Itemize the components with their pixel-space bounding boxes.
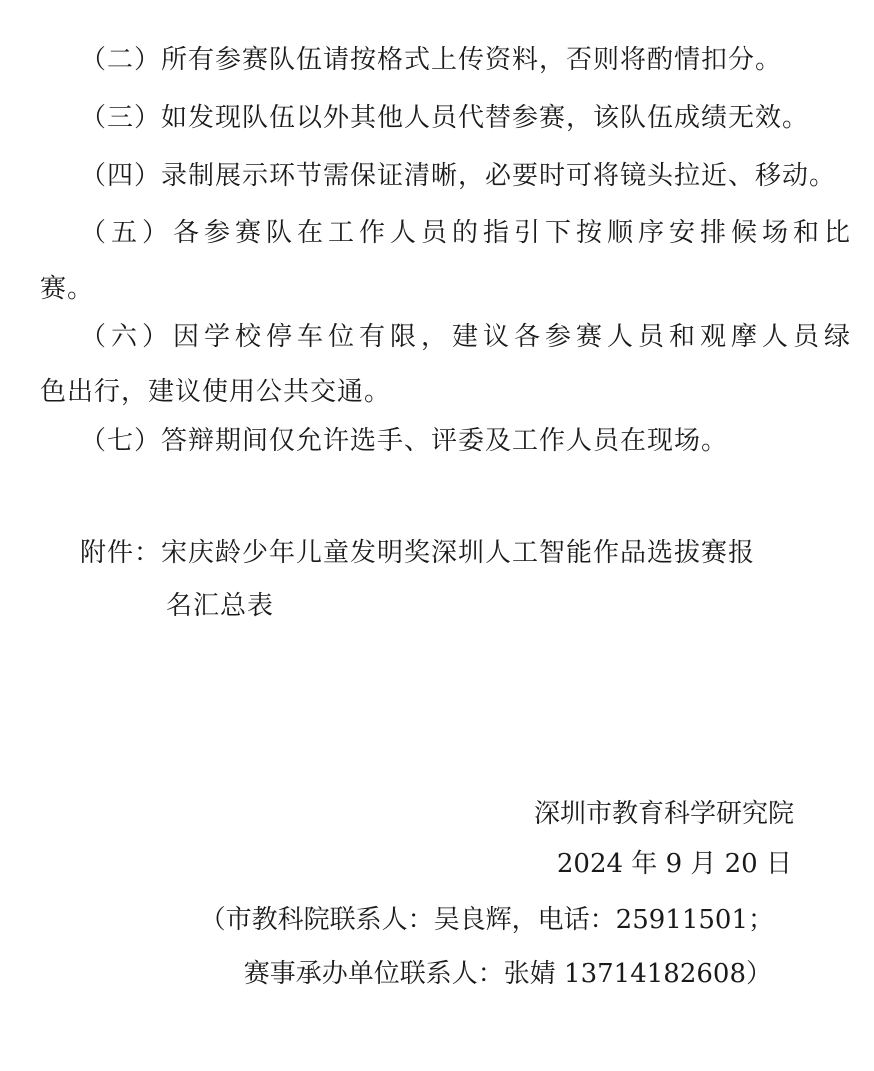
item-marker: （六） xyxy=(80,322,173,352)
attachment-label: 附件： xyxy=(80,538,161,568)
item-text: 答辩期间仅允许选手、评委及工作人员在现场。 xyxy=(161,426,728,456)
item-marker: （三） xyxy=(80,103,161,133)
item-6-continuation: 色出行，建议使用公共交通。 xyxy=(40,376,391,408)
contact-line-1: （市教科院联系人：吴良辉，电话：25911501； xyxy=(200,904,774,936)
item-marker: （二） xyxy=(80,45,161,75)
item-6: （六）因学校停车位有限，建议各参赛人员和观摩人员绿 xyxy=(80,321,855,353)
item-4: （四）录制展示环节需保证清晰，必要时可将镜头拉近、移动。 xyxy=(80,160,836,192)
item-5: （五）各参赛队在工作人员的指引下按顺序安排候场和比 xyxy=(80,217,855,249)
item-3: （三）如发现队伍以外其他人员代替参赛，该队伍成绩无效。 xyxy=(80,102,809,134)
item-text: 录制展示环节需保证清晰，必要时可将镜头拉近、移动。 xyxy=(161,161,836,191)
item-text: 如发现队伍以外其他人员代替参赛，该队伍成绩无效。 xyxy=(161,103,809,133)
item-text: 所有参赛队伍请按格式上传资料，否则将酌情扣分。 xyxy=(161,45,782,75)
attachment: 附件：宋庆龄少年儿童发明奖深圳人工智能作品选拔赛报 xyxy=(80,537,755,569)
contact-line-2: 赛事承办单位联系人：张婧 13714182608） xyxy=(244,958,772,990)
issuing-organization: 深圳市教育科学研究院 xyxy=(534,798,794,830)
item-text: 各参赛队在工作人员的指引下按顺序安排候场和比 xyxy=(173,218,855,248)
issue-date: 2024 年 9 月 20 日 xyxy=(557,848,792,880)
attachment-title-continuation: 名汇总表 xyxy=(166,590,274,622)
item-marker: （五） xyxy=(80,218,173,248)
item-7: （七）答辩期间仅允许选手、评委及工作人员在现场。 xyxy=(80,425,728,457)
item-text: 因学校停车位有限，建议各参赛人员和观摩人员绿 xyxy=(173,322,855,352)
item-5-continuation: 赛。 xyxy=(40,273,94,305)
item-2: （二）所有参赛队伍请按格式上传资料，否则将酌情扣分。 xyxy=(80,44,782,76)
item-marker: （七） xyxy=(80,426,161,456)
attachment-title: 宋庆龄少年儿童发明奖深圳人工智能作品选拔赛报 xyxy=(161,538,755,568)
item-marker: （四） xyxy=(80,161,161,191)
